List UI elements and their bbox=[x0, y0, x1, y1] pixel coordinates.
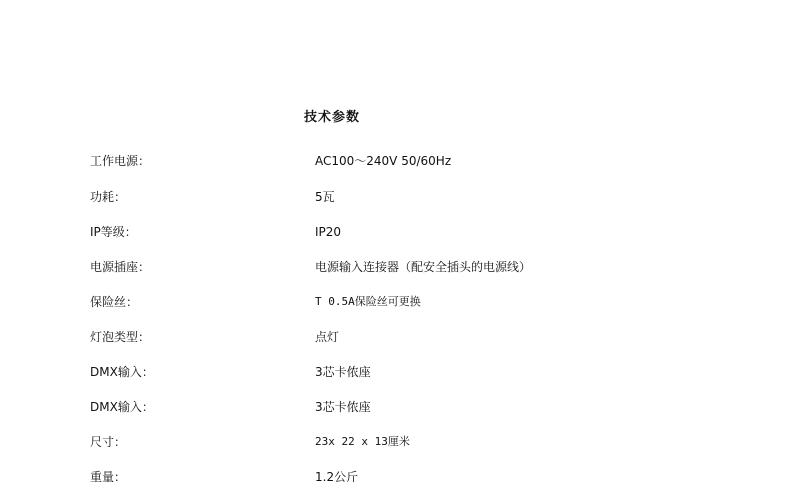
spec-label: DMX输入： bbox=[90, 399, 154, 415]
document-title: 技术参数 bbox=[304, 106, 360, 125]
spec-row-dmx-input-2: DMX输入： 3芯卡侬座 bbox=[0, 399, 790, 419]
spec-value: 电源输入连接器（配安全插头的电源线） bbox=[315, 259, 531, 275]
spec-label: 尺寸： bbox=[90, 434, 126, 450]
spec-row-weight: 重量： 1.2公斤 bbox=[0, 469, 790, 489]
spec-row-power-supply: 工作电源： AC100～240V 50/60Hz bbox=[0, 153, 790, 173]
spec-row-dimensions: 尺寸： 23x 22 x 13厘米 bbox=[0, 434, 790, 454]
spec-row-power-consumption: 功耗： 5瓦 bbox=[0, 189, 790, 209]
spec-row-fuse: 保险丝： T 0.5A保险丝可更换 bbox=[0, 294, 790, 314]
spec-value: 3芯卡侬座 bbox=[315, 399, 371, 415]
spec-row-dmx-input: DMX输入： 3芯卡侬座 bbox=[0, 364, 790, 384]
spec-label: 重量： bbox=[90, 469, 126, 485]
spec-label: 保险丝： bbox=[90, 294, 138, 310]
spec-value: 5瓦 bbox=[315, 189, 335, 205]
spec-row-lamp-type: 灯泡类型： 点灯 bbox=[0, 329, 790, 349]
spec-value: IP20 bbox=[315, 224, 341, 240]
spec-value: 点灯 bbox=[315, 329, 339, 345]
spec-label: 灯泡类型： bbox=[90, 329, 150, 345]
spec-value: 1.2公斤 bbox=[315, 469, 358, 485]
spec-row-power-socket: 电源插座： 电源输入连接器（配安全插头的电源线） bbox=[0, 259, 790, 279]
spec-value: T 0.5A保险丝可更换 bbox=[315, 294, 421, 310]
spec-label: DMX输入： bbox=[90, 364, 154, 380]
spec-value: 23x 22 x 13厘米 bbox=[315, 434, 410, 450]
spec-label: 功耗： bbox=[90, 189, 126, 205]
spec-label: IP等级： bbox=[90, 224, 137, 240]
spec-label: 工作电源： bbox=[90, 153, 150, 169]
spec-value: 3芯卡侬座 bbox=[315, 364, 371, 380]
spec-value: AC100～240V 50/60Hz bbox=[315, 153, 451, 169]
spec-label: 电源插座： bbox=[90, 259, 150, 275]
spec-row-ip-rating: IP等级： IP20 bbox=[0, 224, 790, 244]
